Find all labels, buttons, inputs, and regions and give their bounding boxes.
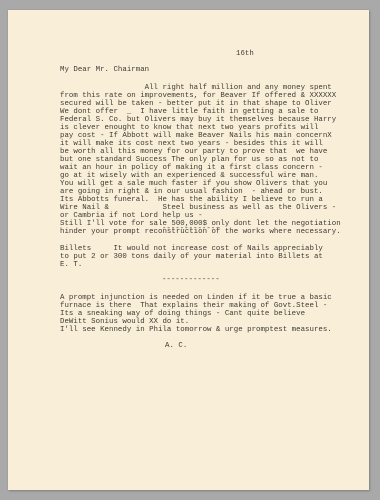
paragraph1-line: be worth all this money for our party to… [60, 148, 327, 156]
paragraph3-line: DeWitt Sonius would XX do it. [60, 318, 189, 326]
paragraph2-line: to put 2 or 300 tons daily of your mater… [60, 253, 323, 261]
paragraph2-line: E. T. [60, 261, 82, 269]
paragraph1-line: are going in right & in our usual fashio… [60, 188, 323, 196]
letter-page: 16th My Dear Mr. Chairman All right half… [8, 10, 369, 490]
paragraph1-line: All right half million and any money spe… [60, 84, 332, 92]
paragraph1-line: wait an hour in policy of making it a fi… [60, 164, 323, 172]
salutation: My Dear Mr. Chairman [60, 66, 149, 74]
paragraph1-line: is clever enought to know that next two … [60, 124, 318, 132]
paragraph1-line: from this rate on improvements, for Beav… [60, 92, 336, 100]
paragraph1-line: pay cost - If Abbott will make Beaver Na… [60, 132, 332, 140]
paragraph1-line: or Cambria if not Lord help us - [60, 212, 203, 220]
paragraph3-line: A prompt injunction is needed on Linden … [60, 294, 332, 302]
paragraph1-line: Wire Nail & Steel business as well as th… [60, 204, 336, 212]
paragraph2-line: Billets It would not increase cost of Na… [60, 245, 323, 253]
paragraph1-line: secured will be taken - better put it in… [60, 100, 332, 108]
section-separator: ------------- [162, 225, 220, 233]
paragraph3-line: furnace is there That explains their mak… [60, 302, 327, 310]
paragraph1-line: it will make its cost next two years - b… [60, 140, 323, 148]
paragraph1-line: but one standard Success The only plan f… [60, 156, 318, 164]
paragraph1-line: Its Abbotts funeral. He has the ability … [60, 196, 323, 204]
paragraph3-line: Its a sneaking way of doing things - Can… [60, 310, 305, 318]
section-separator: ------------- [162, 276, 220, 284]
paragraph3-line: I'll see Kennedy in Phila tomorrow & urg… [60, 326, 332, 334]
paragraph1-line: go at it wisely with an experienced & su… [60, 172, 318, 180]
letter-date: 16th [236, 50, 254, 58]
signature: A. C. [165, 342, 187, 350]
paragraph1-line: You will get a sale much faster if you s… [60, 180, 327, 188]
paragraph1-line: We dont offer _ I have little faith in g… [60, 108, 318, 116]
paragraph1-line: Federal S. Co. but Olivers may buy it th… [60, 116, 336, 124]
